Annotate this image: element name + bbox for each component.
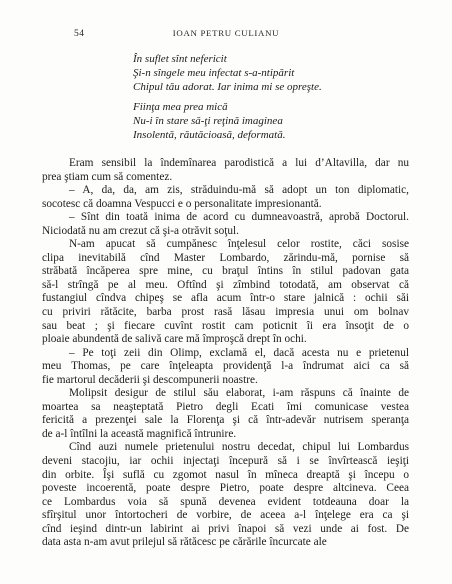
text-line: fie martorul decăderii şi descompunerii … <box>42 374 409 388</box>
poem-line: Insolentă, răutăcioasă, deformată. <box>133 129 322 143</box>
running-title: IOAN PETRU CULIANU <box>0 28 452 38</box>
text-line: de a-l întîlni la această magnifică într… <box>42 428 409 442</box>
text-line: N-am apucat să cumpănesc înţelesul celor… <box>42 238 409 252</box>
text-line: cu priviri rătăcite, barba prost rasă lă… <box>42 306 409 320</box>
text-line: prea ştiam cum să comentez. <box>42 171 409 185</box>
paragraph: Cînd auzi numele prietenului nostru dece… <box>42 441 409 549</box>
text-line: fericită a prezenţei sale la Florenţa şi… <box>42 414 409 428</box>
paragraph: N-am apucat să cumpănesc înţelesul celor… <box>42 238 409 346</box>
text-line: deveni stacojiu, iar ochii injectaţi înc… <box>42 455 409 469</box>
text-line: clipa inevitabilă cînd Master Lombardo, … <box>42 252 409 266</box>
paragraph: Eram sensibil la îndemînarea parodistică… <box>42 157 409 184</box>
paragraph: – A, da, da, am zis, străduindu-mă să ad… <box>42 184 409 211</box>
text-line: – Pe toţi zeii din Olimp, exclamă el, da… <box>42 347 409 361</box>
text-line: meu Thomas, pe care înţeleapta providenţ… <box>42 360 409 374</box>
text-line: Niciodată nu am crezut că şi-a otrăvit s… <box>42 225 409 239</box>
paragraph: – Pe toţi zeii din Olimp, exclamă el, da… <box>42 347 409 388</box>
text-line: Eram sensibil la îndemînarea parodistică… <box>42 157 409 171</box>
page-header: 54 IOAN PETRU CULIANU <box>0 28 452 42</box>
poem: În suflet sînt nefericitŞi-n sîngele meu… <box>133 53 322 143</box>
book-page: 54 IOAN PETRU CULIANU În suflet sînt nef… <box>0 0 452 584</box>
text-line: poveste incoerentă, poate despre Pietro,… <box>42 482 409 496</box>
text-line: din orbite. Îşi suflă cu zgomot nasul în… <box>42 469 409 483</box>
body-text: Eram sensibil la îndemînarea parodistică… <box>42 157 409 550</box>
text-line: ploaie abundentă de salivă care mă împro… <box>42 333 409 347</box>
text-line: – A, da, da, am zis, străduindu-mă să ad… <box>42 184 409 198</box>
text-line: cînd ieşind dintr-un labirint ai privi î… <box>42 523 409 537</box>
text-line: Molipsit desigur de stilul său elaborat,… <box>42 387 409 401</box>
poem-line: Şi-n sîngele meu infectat s-a-ntipărit <box>133 67 322 81</box>
text-line: străbată încăperea spre mine, cu braţul … <box>42 265 409 279</box>
poem-line: Nu-i în stare să-ţi reţină imaginea <box>133 115 322 129</box>
text-line: fustangiul cîndva chipeş se afla acum în… <box>42 292 409 306</box>
paragraph: Molipsit desigur de stilul său elaborat,… <box>42 387 409 441</box>
poem-stanza: În suflet sînt nefericitŞi-n sîngele meu… <box>133 53 322 94</box>
poem-line: În suflet sînt nefericit <box>133 53 322 67</box>
text-line: Cînd auzi numele prietenului nostru dece… <box>42 441 409 455</box>
poem-stanza: Fiinţa mea prea micăNu-i în stare să-ţi … <box>133 101 322 142</box>
text-line: data asta n-am avut prilejul să rătăcesc… <box>42 536 409 550</box>
text-line: ce Lombardus voia să spună devenea evide… <box>42 496 409 510</box>
text-line: socotesc că doamna Vespucci e o personal… <box>42 198 409 212</box>
text-line: sfîrşitul unor întortocheri de vorbire, … <box>42 509 409 523</box>
text-line: să-l strîngă pe al meu. Oftînd şi zîmbin… <box>42 279 409 293</box>
poem-line: Fiinţa mea prea mică <box>133 101 322 115</box>
paragraph: – Sînt din toată inima de acord cu dumne… <box>42 211 409 238</box>
text-line: – Sînt din toată inima de acord cu dumne… <box>42 211 409 225</box>
text-line: sau beat ; şi fiecare cuvînt rostit cam … <box>42 320 409 334</box>
text-line: moartea sa neaşteptată Pietro degli Ecat… <box>42 401 409 415</box>
poem-line: Chipul tău adorat. Iar inima mi se opreş… <box>133 81 322 95</box>
